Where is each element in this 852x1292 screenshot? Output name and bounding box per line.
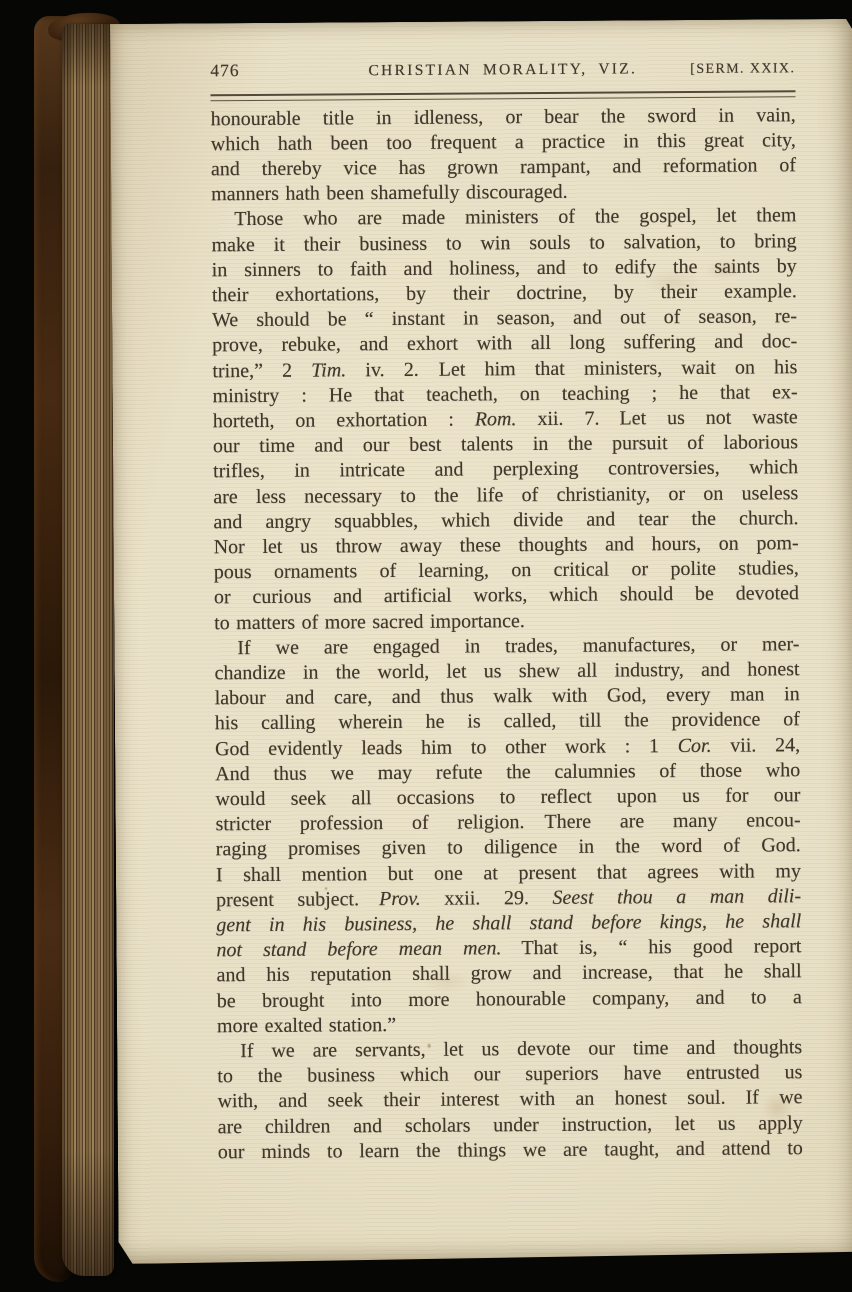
text-segment: trine,” 2 xyxy=(212,359,311,382)
running-title: CHRISTIAN MORALITY, VIZ. xyxy=(368,60,637,80)
text-line: trifles, in intricate and perplexing con… xyxy=(213,456,798,485)
photo-background: 476 CHRISTIAN MORALITY, VIZ. [SERM. XXIX… xyxy=(0,0,852,1292)
text-line: his calling wherein he is called, till t… xyxy=(215,708,800,737)
text-line: which hath been too frequent a practice … xyxy=(211,128,796,157)
italic-text-segment: Prov. xyxy=(379,888,421,910)
text-line: God evidently leads him to other work : … xyxy=(215,733,800,762)
text-segment: which hath been too frequent a practice … xyxy=(211,129,796,155)
text-segment: or curious and artificial works, which s… xyxy=(214,583,799,609)
text-segment: more exalted station.” xyxy=(217,1014,396,1037)
text-segment: their exhortations, by their doctrine, b… xyxy=(212,280,797,306)
text-line: our minds to learn the things we are tau… xyxy=(218,1136,803,1165)
text-segment: and his reputation shall grow and increa… xyxy=(217,961,802,987)
text-segment: raging promises given to diligence in th… xyxy=(216,835,801,861)
italic-text-segment: Tim. xyxy=(311,359,346,381)
text-segment: I shall mention but one at present that … xyxy=(216,860,801,886)
text-segment: horteth, on exhortation : xyxy=(213,408,475,432)
text-segment: be brought into more honourable company,… xyxy=(217,986,802,1012)
text-segment: chandize in the world, let us shew all i… xyxy=(214,658,799,684)
text-segment: prove, rebuke, and exhort with all long … xyxy=(212,331,797,357)
text-line: be brought into more honourable company,… xyxy=(217,985,802,1014)
text-segment: God evidently leads him to other work : … xyxy=(215,735,678,760)
text-segment: ministry : He that teacheth, on teaching… xyxy=(213,381,798,407)
text-segment: iv. 2. Let him that ministers, wait on h… xyxy=(346,356,797,381)
text-segment: Nor let us throw away these thoughts and… xyxy=(214,532,799,558)
text-line: with, and seek their interest with an ho… xyxy=(217,1086,802,1115)
text-segment: vii. 24, xyxy=(711,734,800,757)
text-segment: honourable title in idleness, or bear th… xyxy=(211,104,796,130)
text-segment: would seek all occasions to reflect upon… xyxy=(215,784,800,810)
text-line: are less necessary to the life of christ… xyxy=(213,481,798,510)
text-segment: Those who are made ministers of the gosp… xyxy=(234,205,796,231)
text-line: Those who are made ministers of the gosp… xyxy=(211,204,796,233)
text-segment: make it their business to win souls to s… xyxy=(211,230,796,256)
text-segment: xxii. 29. xyxy=(421,887,553,910)
text-segment: If we are engaged in trades, manufacture… xyxy=(237,633,799,659)
header-rule xyxy=(210,90,795,101)
page-body: honourable title in idleness, or bear th… xyxy=(211,103,803,1166)
text-segment: are children and scholars under instruct… xyxy=(218,1112,803,1138)
book-page: 476 CHRISTIAN MORALITY, VIZ. [SERM. XXIX… xyxy=(110,19,852,1264)
text-segment: If we are servants, let us devote our ti… xyxy=(240,1036,802,1062)
sermon-reference: [SERM. XXIX. xyxy=(690,61,795,78)
text-line: raging promises given to diligence in th… xyxy=(216,834,801,863)
text-segment: xii. 7. Let us not waste xyxy=(516,406,797,430)
text-line: make it their business to win souls to s… xyxy=(211,229,796,258)
text-line: and thereby vice has grown rampant, and … xyxy=(211,153,796,182)
text-segment: pous ornaments of learning, on critical … xyxy=(214,557,799,583)
text-segment: stricter profession of religion. There a… xyxy=(216,809,801,835)
text-segment: in sinners to faith and holiness, and to… xyxy=(212,255,797,281)
text-segment: his calling wherein he is called, till t… xyxy=(215,709,800,735)
text-segment: present subject. xyxy=(216,888,379,911)
text-segment: to the business which our superiors have… xyxy=(217,1061,802,1087)
italic-text-segment: Rom. xyxy=(475,408,517,430)
text-segment: trifles, in intricate and perplexing con… xyxy=(213,457,798,483)
text-segment: to matters of more sacred importance. xyxy=(214,610,525,634)
text-line: I shall mention but one at present that … xyxy=(216,859,801,888)
text-segment: with, and seek their interest with an ho… xyxy=(217,1087,802,1113)
page-block-fore-edge xyxy=(62,24,114,1276)
italic-text-segment: Cor. xyxy=(678,734,712,756)
text-segment: our minds to learn the things we are tau… xyxy=(218,1137,803,1163)
text-segment: labour and care, and thus walk with God,… xyxy=(215,683,800,709)
text-segment: manners hath been shamefully discouraged… xyxy=(211,181,568,205)
text-segment: and thereby vice has grown rampant, and … xyxy=(211,154,796,180)
text-segment: our time and our best talents in the pur… xyxy=(213,431,798,457)
text-line: prove, rebuke, and exhort with all long … xyxy=(212,330,797,359)
text-segment: And thus we may refute the calumnies of … xyxy=(215,759,800,785)
text-segment: and angry squabbles, which divide and te… xyxy=(213,507,798,533)
italic-text-segment: not stand before mean men. xyxy=(216,937,501,961)
text-line: or curious and artificial works, which s… xyxy=(214,582,799,611)
text-segment: are less necessary to the life of christ… xyxy=(213,482,798,508)
text-line: honourable title in idleness, or bear th… xyxy=(211,103,796,132)
page-number: 476 xyxy=(210,60,239,81)
text-line: and his reputation shall grow and increa… xyxy=(217,960,802,989)
text-line: trine,” 2 Tim. iv. 2. Let him that minis… xyxy=(212,355,797,384)
text-segment: That is, “ his good report xyxy=(501,935,801,959)
italic-text-segment: Seest thou a man dili- xyxy=(552,885,801,909)
text-line: are children and scholars under instruct… xyxy=(218,1111,803,1140)
italic-text-segment: gent in his business, he shall stand bef… xyxy=(216,910,801,936)
page-header: 476 CHRISTIAN MORALITY, VIZ. [SERM. XXIX… xyxy=(210,56,795,83)
text-segment: We should be “ instant in season, and ou… xyxy=(212,305,797,331)
